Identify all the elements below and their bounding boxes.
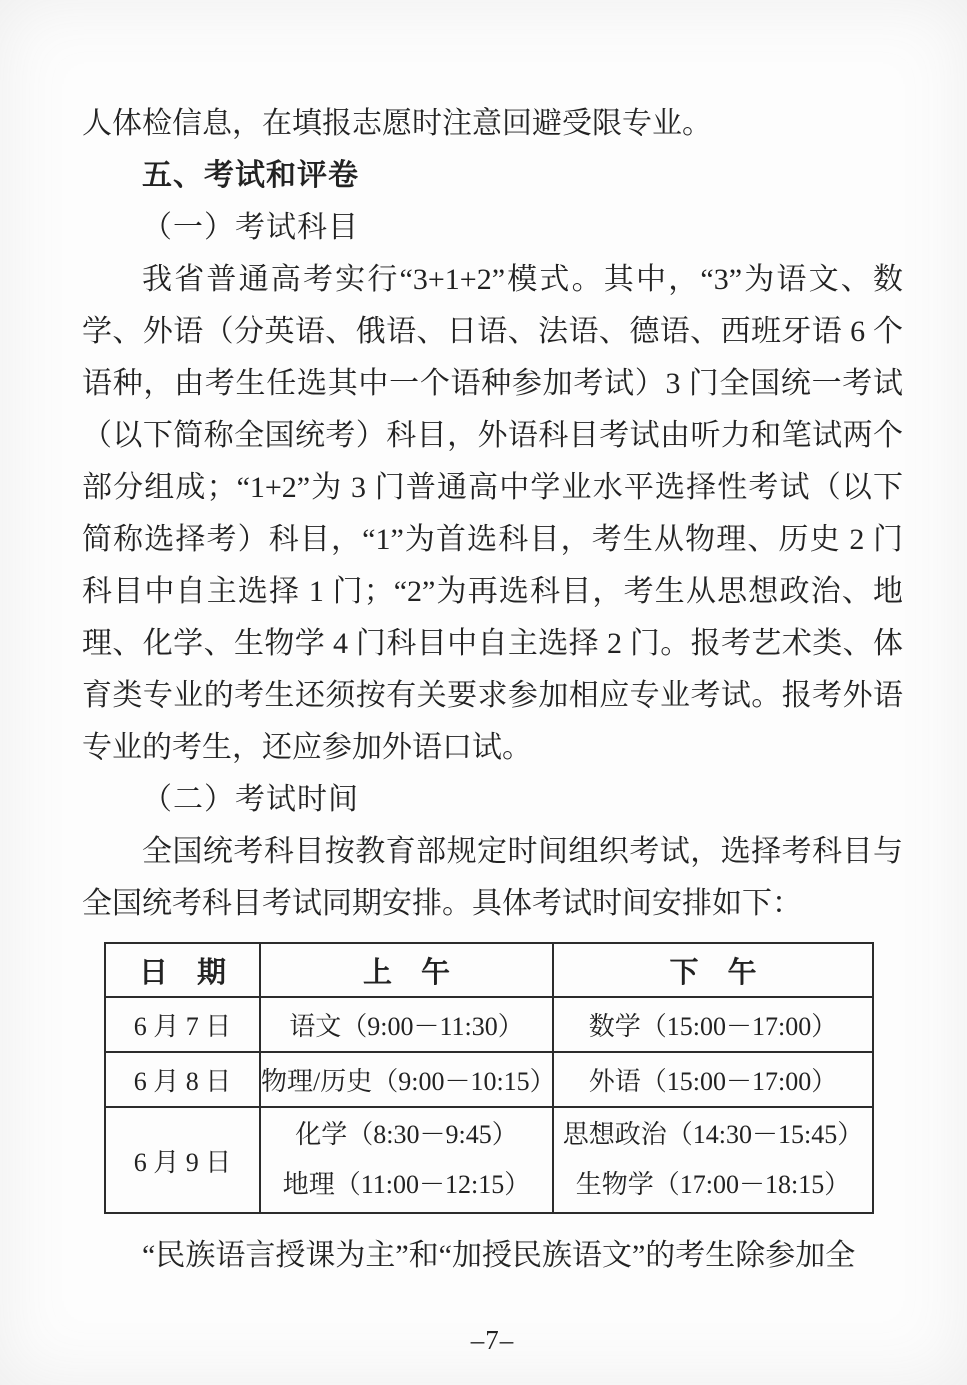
- cell-date: 6 月 9 日: [105, 1107, 260, 1213]
- cell-morning-line-2: 地理（11:00－12:15）: [261, 1160, 552, 1210]
- cell-afternoon: 数学（15:00－17:00）: [553, 997, 873, 1052]
- header-cell-afternoon: 下 午: [553, 943, 873, 997]
- intro-continuation-line: 人体检信息，在填报志愿时注意回避受限专业。: [82, 98, 903, 150]
- cell-morning: 语文（9:00－11:30）: [260, 997, 553, 1052]
- page-number: –7–: [82, 1322, 903, 1358]
- header-cell-morning: 上 午: [260, 943, 553, 997]
- paragraph-exam-subjects: 我省普通高考实行“3+1+2”模式。其中，“3”为语文、数学、外语（分英语、俄语…: [82, 254, 903, 774]
- cell-morning: 化学（8:30－9:45） 地理（11:00－12:15）: [260, 1107, 553, 1213]
- exam-schedule-table: 日 期 上 午 下 午 6 月 7 日 语文（9:00－11:30） 数学（15…: [104, 942, 874, 1214]
- cell-afternoon-line-1: 思想政治（14:30－15:45）: [554, 1110, 872, 1160]
- header-cell-date: 日 期: [105, 943, 260, 997]
- cell-afternoon: 外语（15:00－17:00）: [553, 1052, 873, 1107]
- paragraph-exam-time: 全国统考科目按教育部规定时间组织考试，选择考科目与全国统考科目考试同期安排。具体…: [82, 826, 903, 930]
- cell-afternoon: 思想政治（14:30－15:45） 生物学（17:00－18:15）: [553, 1107, 873, 1213]
- subsection-exam-time: （二）考试时间: [82, 774, 903, 826]
- cell-afternoon-line-2: 生物学（17:00－18:15）: [554, 1160, 872, 1210]
- schedule-row-june7: 6 月 7 日 语文（9:00－11:30） 数学（15:00－17:00）: [105, 997, 873, 1052]
- schedule-row-june9: 6 月 9 日 化学（8:30－9:45） 地理（11:00－12:15） 思想…: [105, 1107, 873, 1213]
- subsection-exam-subjects: （一）考试科目: [82, 202, 903, 254]
- cell-morning-line-1: 化学（8:30－9:45）: [261, 1110, 552, 1160]
- paragraph-minority-language: “民族语言授课为主”和“加授民族语文”的考生除参加全: [82, 1230, 903, 1282]
- cell-date: 6 月 7 日: [105, 997, 260, 1052]
- schedule-row-june8: 6 月 8 日 物理/历史（9:00－10:15） 外语（15:00－17:00…: [105, 1052, 873, 1107]
- section-heading: 五、考试和评卷: [82, 150, 903, 202]
- cell-date: 6 月 8 日: [105, 1052, 260, 1107]
- document-page: 人体检信息，在填报志愿时注意回避受限专业。 五、考试和评卷 （一）考试科目 我省…: [0, 0, 967, 1385]
- cell-morning: 物理/历史（9:00－10:15）: [260, 1052, 553, 1107]
- schedule-header-row: 日 期 上 午 下 午: [105, 943, 873, 997]
